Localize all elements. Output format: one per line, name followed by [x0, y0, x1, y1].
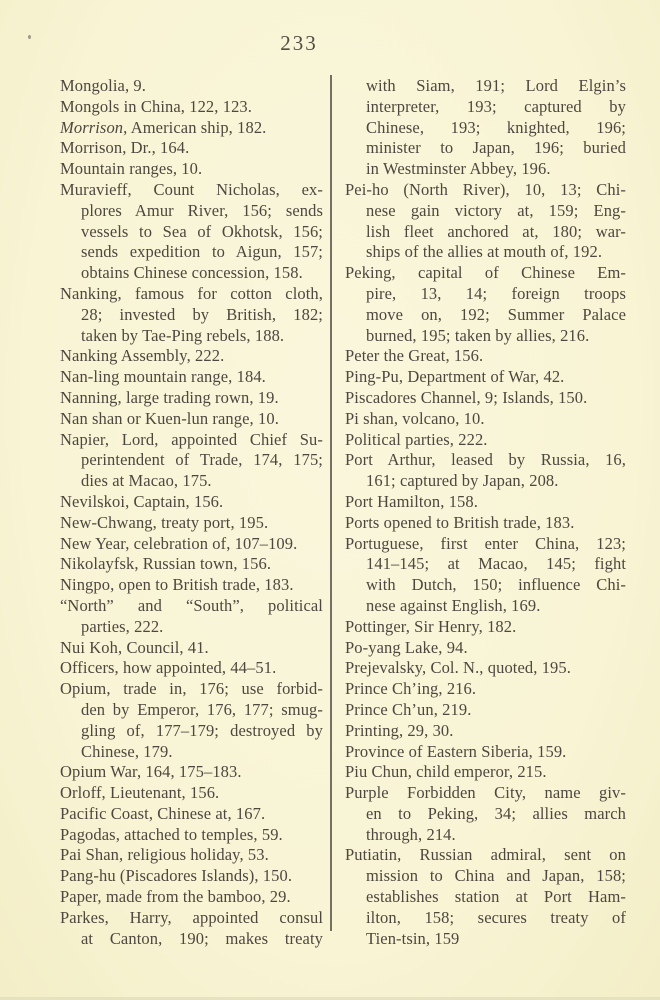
index-entry-line: nese gain victory at, 159; Eng-	[345, 201, 626, 222]
index-entry-line: Napier, Lord, appointed Chief Su-	[60, 430, 323, 451]
index-entry-line: Officers, how appointed, 44–51.	[60, 658, 323, 679]
index-entry-line: Nui Koh, Council, 41.	[60, 638, 323, 659]
index-entry-line: Chinese, 193; knighted, 196;	[345, 118, 626, 139]
index-entry-line: with Dutch, 150; influence Chi-	[345, 575, 626, 596]
index-entry-line: 161; captured by Japan, 208.	[345, 471, 626, 492]
index-entry-line: Piu Chun, child emperor, 215.	[345, 762, 626, 783]
index-entry-line: Port Hamilton, 158.	[345, 492, 626, 513]
index-entry-line: Pai Shan, religious holiday, 53.	[60, 845, 323, 866]
index-entry-line: Nevilskoi, Captain, 156.	[60, 492, 323, 513]
index-entry-line: Ports opened to British trade, 183.	[345, 513, 626, 534]
index-entry-line: establishes station at Port Ham-	[345, 887, 626, 908]
column-divider-rule	[330, 75, 332, 931]
index-entry-line: Peking, capital of Chinese Em-	[345, 263, 626, 284]
index-entry-line: Purple Forbidden City, name giv-	[345, 783, 626, 804]
index-entry-italic-term: Morrison	[60, 118, 123, 137]
index-entry-line: Paper, made from the bamboo, 29.	[60, 887, 323, 908]
index-column-left: Mongolia, 9.Mongols in China, 122, 123.M…	[60, 76, 323, 949]
index-entry-line: lish fleet anchored at, 180; war-	[345, 222, 626, 243]
index-entry-line: “North” and “South”, political	[60, 596, 323, 617]
book-page: 233 Mongolia, 9.Mongols in China, 122, 1…	[0, 0, 660, 1000]
index-entry-line: interpreter, 193; captured by	[345, 97, 626, 118]
index-entry-line: Nanning, large trading rown, 19.	[60, 388, 323, 409]
index-entry-line: Orloff, Lieutenant, 156.	[60, 783, 323, 804]
index-entry-line: 28; invested by British, 182;	[60, 305, 323, 326]
index-entry-line: Mountain ranges, 10.	[60, 159, 323, 180]
index-entry-line: gling of, 177–179; destroyed by	[60, 721, 323, 742]
index-entry-line: plores Amur River, 156; sends	[60, 201, 323, 222]
index-entry-line: Prince Ch’un, 219.	[345, 700, 626, 721]
index-entry-line: Opium War, 164, 175–183.	[60, 762, 323, 783]
index-entry-line: New-Chwang, treaty port, 195.	[60, 513, 323, 534]
index-entry-line: Peter the Great, 156.	[345, 346, 626, 367]
index-entry-line: New Year, celebration of, 107–109.	[60, 534, 323, 555]
index-entry-line: den by Emperor, 176, 177; smug-	[60, 700, 323, 721]
index-entry-line: Port Arthur, leased by Russia, 16,	[345, 450, 626, 471]
index-column-right: with Siam, 191; Lord Elgin’sinterpreter,…	[345, 76, 626, 949]
index-entry-line: Pottinger, Sir Henry, 182.	[345, 617, 626, 638]
index-entry-line: Morrison, Dr., 164.	[60, 138, 323, 159]
index-entry-line: nese against English, 169.	[345, 596, 626, 617]
index-entry-line: Piscadores Channel, 9; Islands, 150.	[345, 388, 626, 409]
index-entry-line: Tien-tsin, 159	[345, 929, 626, 950]
index-entry-line: Po-yang Lake, 94.	[345, 638, 626, 659]
index-entry-line: Ningpo, open to British trade, 183.	[60, 575, 323, 596]
index-entry-line: Portuguese, first enter China, 123;	[345, 534, 626, 555]
index-entry-line: dies at Macao, 175.	[60, 471, 323, 492]
index-entry-line: Pang-hu (Piscadores Islands), 150.	[60, 866, 323, 887]
index-entry-line: Nan shan or Kuen-lun range, 10.	[60, 409, 323, 430]
index-entry-line: Political parties, 222.	[345, 430, 626, 451]
index-entry-line: pire, 13, 14; foreign troops	[345, 284, 626, 305]
index-entry-line: move on, 192; Summer Palace	[345, 305, 626, 326]
index-entry-line: Nanking, famous for cotton cloth,	[60, 284, 323, 305]
paper-speck	[28, 35, 31, 39]
index-entry-line: at Canton, 190; makes treaty	[60, 929, 323, 950]
index-entry-line: parties, 222.	[60, 617, 323, 638]
index-entry-line: Pei-ho (North River), 10, 13; Chi-	[345, 180, 626, 201]
index-entry-line: Mongolia, 9.	[60, 76, 323, 97]
index-entry-line: Putiatin, Russian admiral, sent on	[345, 845, 626, 866]
index-entry-line: Nan-ling mountain range, 184.	[60, 367, 323, 388]
index-entry-line: Opium, trade in, 176; use forbid-	[60, 679, 323, 700]
index-entry-line: Muravieff, Count Nicholas, ex-	[60, 180, 323, 201]
index-entry-line: perintendent of Trade, 174, 175;	[60, 450, 323, 471]
index-entry-line: obtains Chinese concession, 158.	[60, 263, 323, 284]
index-entry-line: through, 214.	[345, 825, 626, 846]
index-entry-line: Chinese, 179.	[60, 742, 323, 763]
index-entry-line: Nanking Assembly, 222.	[60, 346, 323, 367]
index-entry-line: Pacific Coast, Chinese at, 167.	[60, 804, 323, 825]
index-entry-line: mission to China and Japan, 158;	[345, 866, 626, 887]
index-entry-line: Mongols in China, 122, 123.	[60, 97, 323, 118]
page-number: 233	[260, 31, 338, 56]
index-entry-line: Morrison, American ship, 182.	[60, 118, 323, 139]
index-entry-line: Pi shan, volcano, 10.	[345, 409, 626, 430]
index-entry-line: in Westminster Abbey, 196.	[345, 159, 626, 180]
index-entry-line: taken by Tae-Ping rebels, 188.	[60, 326, 323, 347]
index-entry-line: Parkes, Harry, appointed consul	[60, 908, 323, 929]
index-entry-line: Province of Eastern Siberia, 159.	[345, 742, 626, 763]
index-entry-line: sends expedition to Aigun, 157;	[60, 242, 323, 263]
index-entry-line: vessels to Sea of Okhotsk, 156;	[60, 222, 323, 243]
index-entry-line: Ping-Pu, Department of War, 42.	[345, 367, 626, 388]
index-entry-line: ships of the allies at mouth of, 192.	[345, 242, 626, 263]
index-entry-line: en to Peking, 34; allies march	[345, 804, 626, 825]
index-entry-line: with Siam, 191; Lord Elgin’s	[345, 76, 626, 97]
index-entry-line: minister to Japan, 196; buried	[345, 138, 626, 159]
index-entry-line: Prince Ch’ing, 216.	[345, 679, 626, 700]
index-entry-line: ilton, 158; secures treaty of	[345, 908, 626, 929]
index-entry-line: 141–145; at Macao, 145; fight	[345, 554, 626, 575]
index-entry-line: Pagodas, attached to temples, 59.	[60, 825, 323, 846]
index-entry-line: burned, 195; taken by allies, 216.	[345, 326, 626, 347]
index-entry-line: Printing, 29, 30.	[345, 721, 626, 742]
index-entry-line: Prejevalsky, Col. N., quoted, 195.	[345, 658, 626, 679]
index-entry-line: Nikolayfsk, Russian town, 156.	[60, 554, 323, 575]
